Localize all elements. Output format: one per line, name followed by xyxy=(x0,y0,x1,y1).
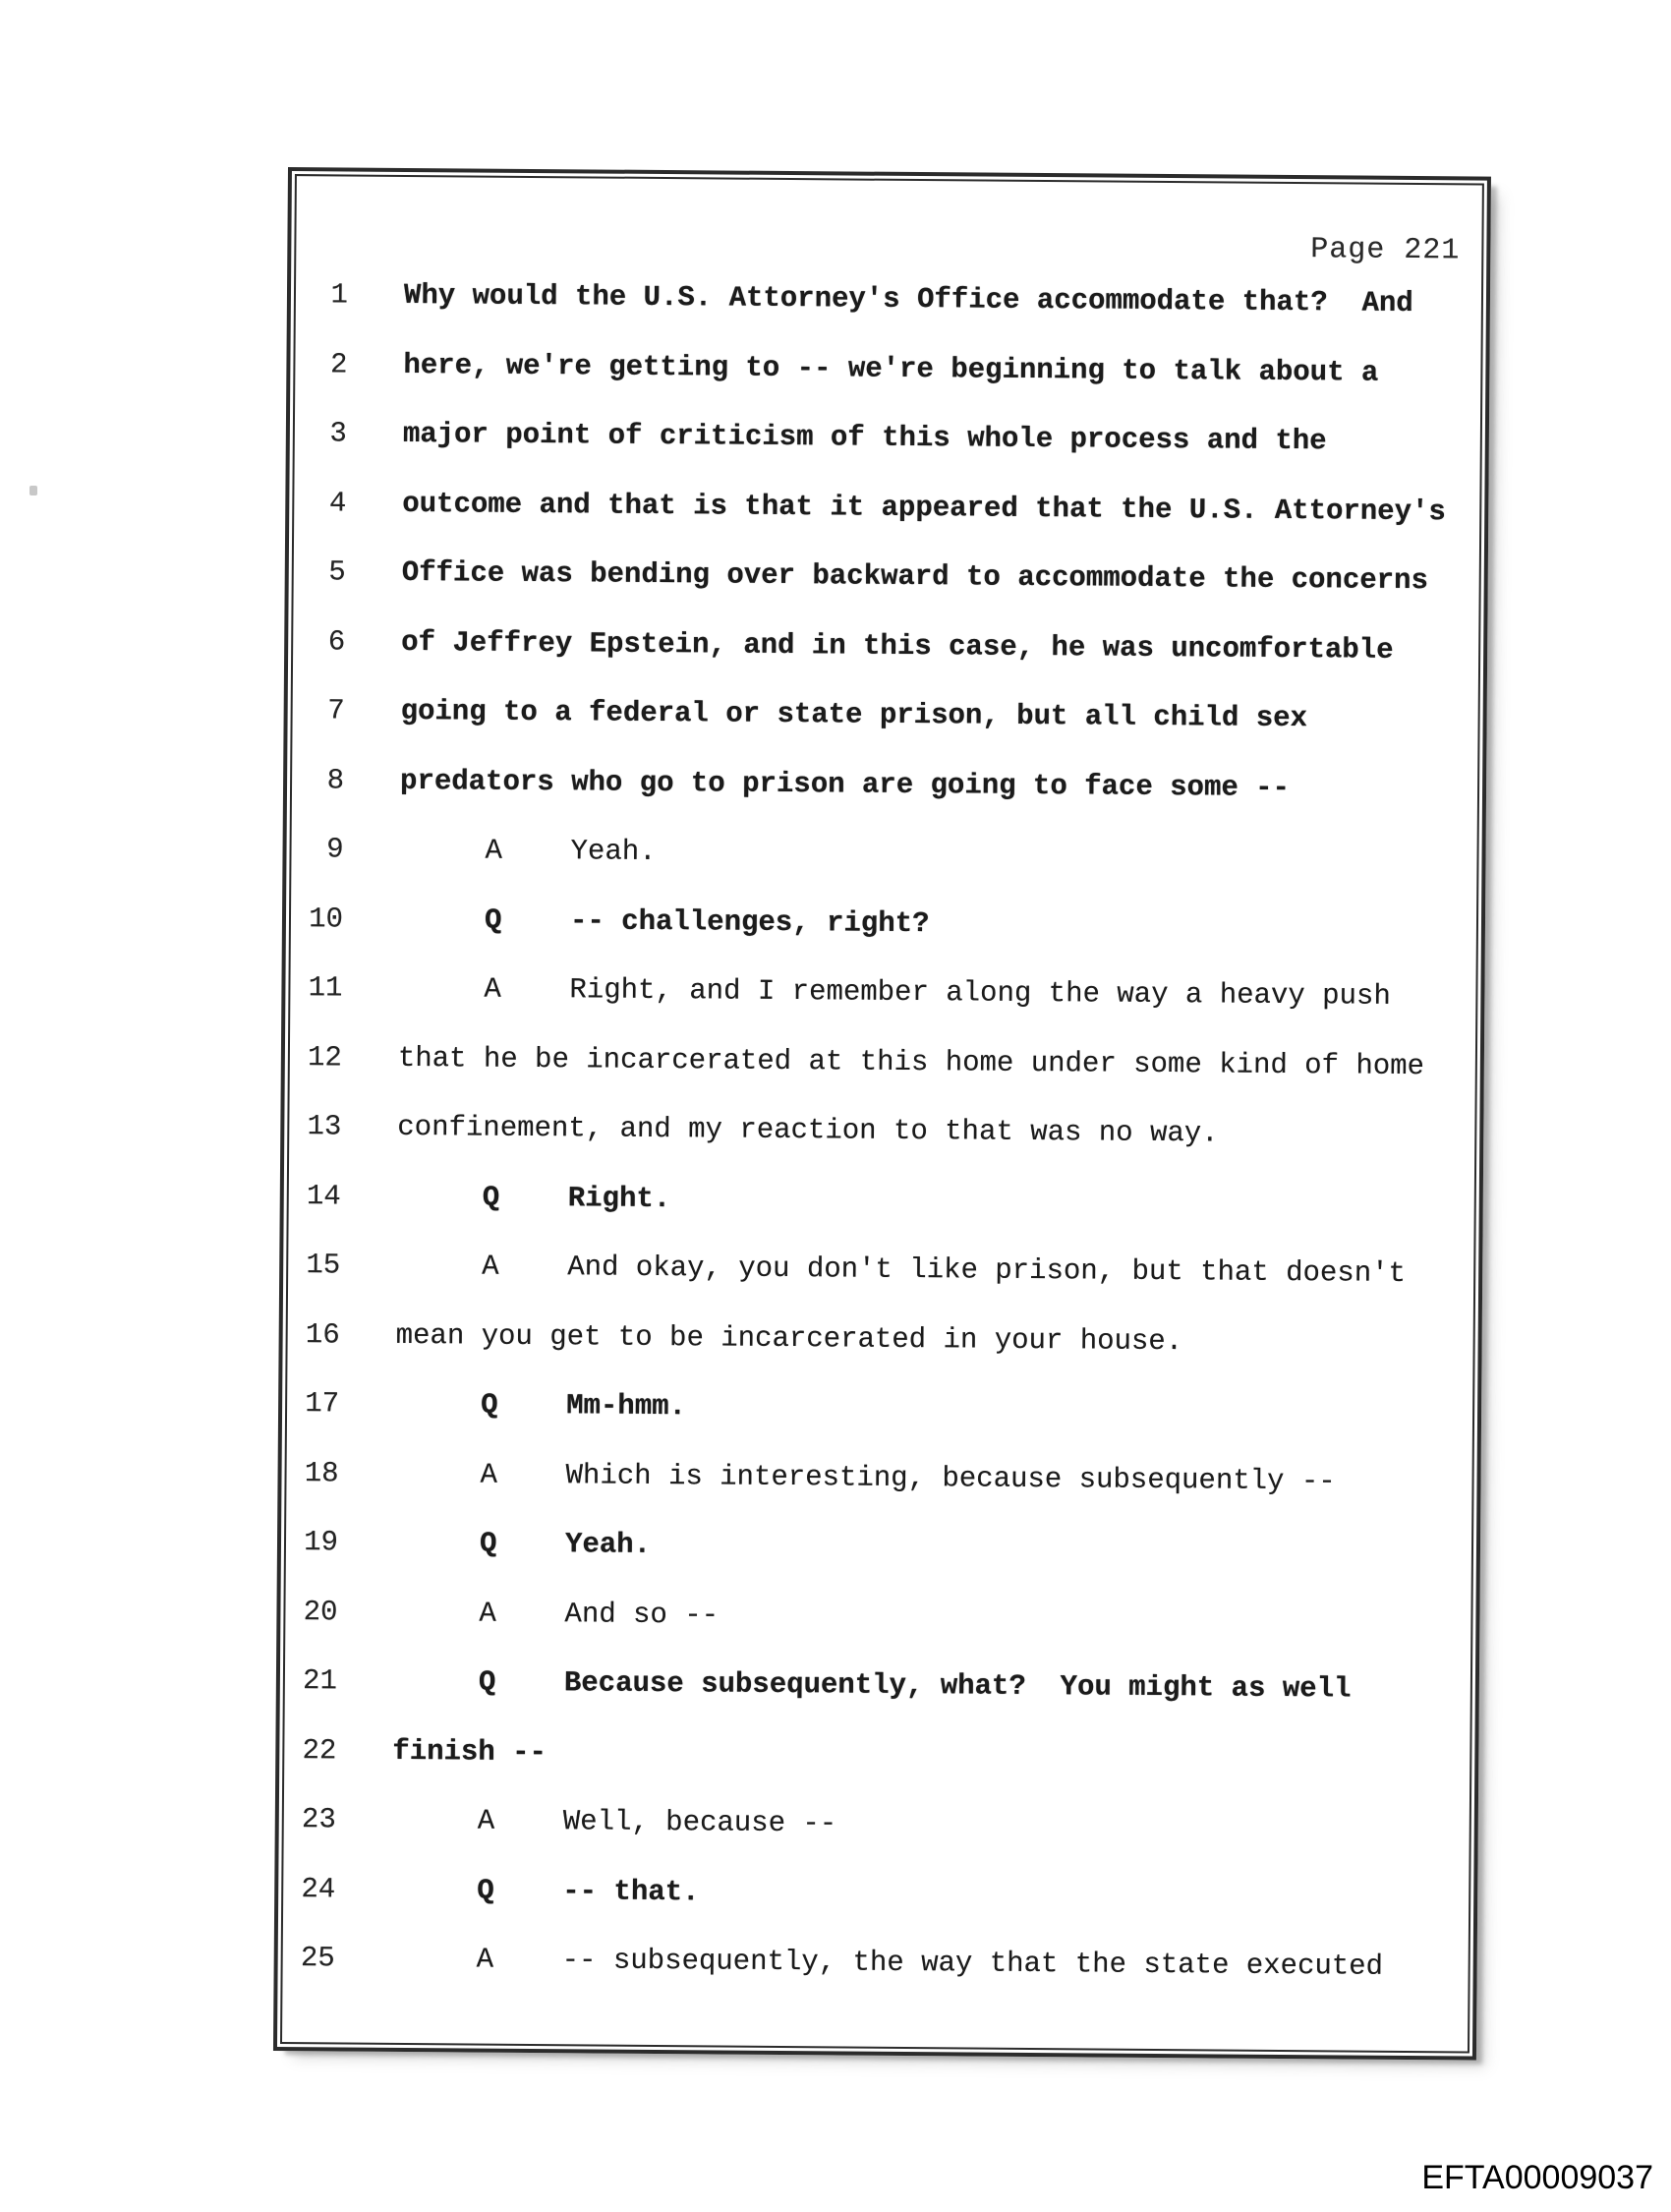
transcript-line: 25 A -- subsequently, the way that the s… xyxy=(282,1941,1469,2019)
line-number: 5 xyxy=(294,554,346,590)
line-text: here, we're getting to -- we're beginnin… xyxy=(347,347,1378,390)
transcript-line: 20 A And so -- xyxy=(285,1595,1471,1673)
line-text: mean you get to be incarcerated in your … xyxy=(340,1317,1183,1360)
transcript-page-inner-border: Page 221 1 Why would the U.S. Attorney's… xyxy=(280,174,1484,2053)
transcript-page: Page 221 1 Why would the U.S. Attorney's… xyxy=(273,167,1491,2061)
line-text: Q -- challenges, right? xyxy=(343,902,930,942)
line-number: 10 xyxy=(291,902,343,937)
line-number: 16 xyxy=(288,1317,340,1353)
bates-stamp: EFTA00009037 xyxy=(1421,2159,1653,2197)
line-text: A And okay, you don't like prison, but t… xyxy=(340,1248,1406,1292)
transcript-line: 2 here, we're getting to -- we're beginn… xyxy=(295,347,1481,426)
line-text: predators who go to prison are going to … xyxy=(344,763,1290,806)
line-text: A -- subsequently, the way that the stat… xyxy=(335,1941,1384,1984)
page-number-label: Page 221 xyxy=(1310,233,1460,267)
line-number: 25 xyxy=(283,1941,335,1976)
line-number: 21 xyxy=(285,1663,337,1699)
line-number: 9 xyxy=(291,832,343,867)
line-number: 24 xyxy=(283,1872,335,1907)
line-text: Office was bending over backward to acco… xyxy=(346,554,1428,599)
transcript-line: 24 Q -- that. xyxy=(283,1872,1469,1950)
transcript-line: 10 Q -- challenges, right? xyxy=(291,902,1477,980)
line-number: 15 xyxy=(288,1248,340,1283)
line-text: Why would the U.S. Attorney's Office acc… xyxy=(348,277,1413,321)
transcript-line: 22 finish -- xyxy=(284,1733,1470,1812)
transcript-line: 6 of Jeffrey Epstein, and in this case, … xyxy=(293,624,1479,703)
transcript-line: 9 A Yeah. xyxy=(291,832,1477,910)
transcript-lines: 1 Why would the U.S. Attorney's Office a… xyxy=(282,277,1481,2019)
transcript-line: 16 mean you get to be incarcerated in yo… xyxy=(287,1317,1473,1396)
line-text: Q Mm-hmm. xyxy=(339,1386,686,1425)
line-number: 6 xyxy=(293,624,345,660)
line-text: Q Yeah. xyxy=(338,1525,651,1562)
line-text: major point of criticism of this whole p… xyxy=(347,416,1327,459)
line-text: A Which is interesting, because subseque… xyxy=(338,1456,1335,1499)
transcript-line: 19 Q Yeah. xyxy=(286,1525,1472,1603)
line-text: confinement, and my reaction to that was… xyxy=(341,1109,1219,1151)
line-text: that he be incarcerated at this home und… xyxy=(342,1040,1424,1084)
line-text: going to a federal or state prison, but … xyxy=(345,693,1308,736)
line-text: A And so -- xyxy=(337,1595,719,1633)
scan-speck xyxy=(29,486,37,495)
transcript-line: 5 Office was bending over backward to ac… xyxy=(293,554,1479,633)
line-text: outcome and that is that it appeared tha… xyxy=(346,486,1446,530)
line-number: 14 xyxy=(289,1179,341,1214)
transcript-line: 21 Q Because subsequently, what? You mig… xyxy=(284,1663,1470,1742)
transcript-line: 23 A Well, because -- xyxy=(283,1802,1469,1881)
line-text: A Yeah. xyxy=(343,832,656,869)
line-number: 4 xyxy=(294,486,346,521)
line-number: 17 xyxy=(287,1386,339,1422)
line-number: 18 xyxy=(286,1456,338,1491)
line-number: 8 xyxy=(292,763,344,798)
line-number: 20 xyxy=(285,1595,337,1630)
transcript-line: 13 confinement, and my reaction to that … xyxy=(289,1109,1475,1188)
line-number: 1 xyxy=(296,277,348,313)
transcript-line: 14 Q Right. xyxy=(288,1179,1474,1257)
line-number: 2 xyxy=(295,347,347,382)
line-number: 3 xyxy=(295,416,347,451)
transcript-line: 15 A And okay, you don't like prison, bu… xyxy=(288,1248,1474,1326)
line-text: Q Because subsequently, what? You might … xyxy=(337,1663,1352,1707)
transcript-line: 8 predators who go to prison are going t… xyxy=(292,763,1478,842)
transcript-line: 1 Why would the U.S. Attorney's Office a… xyxy=(296,277,1482,356)
line-text: of Jeffrey Epstein, and in this case, he… xyxy=(345,624,1394,668)
line-number: 22 xyxy=(284,1733,336,1769)
line-number: 13 xyxy=(289,1109,341,1144)
line-number: 19 xyxy=(286,1525,338,1560)
transcript-line: 18 A Which is interesting, because subse… xyxy=(286,1456,1472,1535)
transcript-line: 17 Q Mm-hmm. xyxy=(287,1386,1473,1465)
transcript-line: 12 that he be incarcerated at this home … xyxy=(289,1040,1475,1119)
line-number: 11 xyxy=(290,970,342,1006)
transcript-line: 4 outcome and that is that it appeared t… xyxy=(294,486,1480,564)
line-text: A Well, because -- xyxy=(336,1802,837,1841)
line-number: 23 xyxy=(284,1802,336,1837)
line-text: A Right, and I remember along the way a … xyxy=(342,970,1391,1014)
line-number: 12 xyxy=(290,1040,342,1076)
line-text: finish -- xyxy=(336,1733,547,1771)
transcript-line: 3 major point of criticism of this whole… xyxy=(294,416,1480,495)
transcript-line: 11 A Right, and I remember along the way… xyxy=(290,970,1476,1049)
line-text: Q -- that. xyxy=(335,1872,700,1910)
line-number: 7 xyxy=(293,693,345,728)
line-text: Q Right. xyxy=(341,1179,671,1217)
transcript-line: 7 going to a federal or state prison, bu… xyxy=(292,693,1478,772)
